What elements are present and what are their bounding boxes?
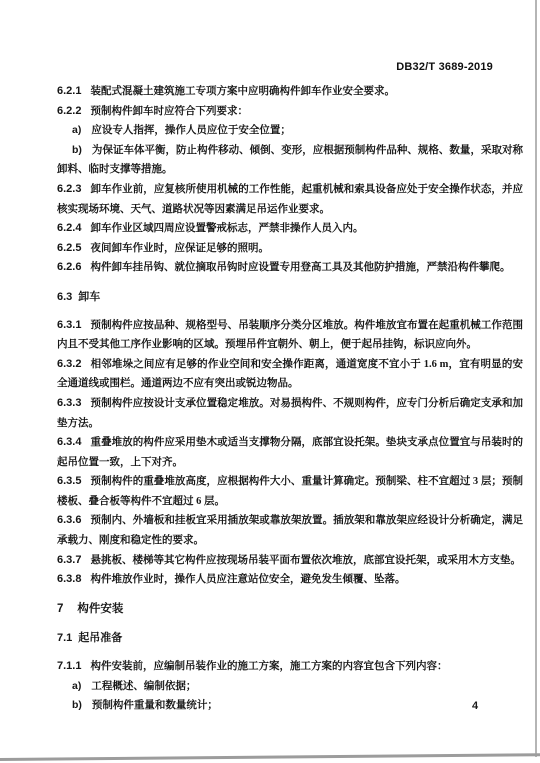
section-number: 6.3 (57, 291, 72, 303)
clause-number: 6.3.2 (57, 358, 81, 370)
list-text: 为保证车体平衡，防止构件移动、倾倒、变形，应根据预制构件品种、规格、数量，采取对… (57, 145, 523, 176)
clause-6-3-7: 6.3.7悬挑板、楼梯等其它构件应按现场吊装平面布置依次堆放，底部宜设托架，或采… (57, 551, 523, 571)
clause-6-3-6: 6.3.6预制内、外墙板和挂板宜采用插放架或靠放架放置。插放架和靠放架应经设计分… (57, 511, 523, 550)
clause-number: 6.2.2 (57, 105, 81, 117)
list-marker: a) (72, 124, 81, 136)
clause-text: 预制内、外墙板和挂板宜采用插放架或靠放架放置。插放架和靠放架应经设计分析确定，满… (57, 515, 523, 546)
clause-text: 相邻堆垛之间应有足够的作业空间和安全操作距离，通道宽度不宜小于 1.6 m，宜有… (57, 359, 523, 390)
page-bottom-edge (0, 753, 540, 760)
clause-text: 卸车作业区域四周应设置警戒标志，严禁非操作人员入内。 (90, 223, 363, 234)
clause-text: 夜间卸车作业时，应保证足够的照明。 (90, 243, 269, 254)
document-page: DB32/T 3689-2019 6.2.1装配式混凝土建筑施工专项方案中应明确… (0, 0, 540, 763)
section-number: 7.1 (57, 632, 72, 644)
chapter-title: 构件安装 (77, 603, 123, 615)
clause-6-3-8: 6.3.8构件堆放作业时，操作人员应注意站位安全，避免发生倾覆、坠落。 (57, 570, 523, 590)
clause-6-3-3: 6.3.3预制构件应按设计支承位置稳定堆放。对易损构件、不规则构件，应专门分析后… (57, 394, 523, 433)
clause-number: 6.3.3 (57, 397, 81, 409)
document-body: 6.2.1装配式混凝土建筑施工专项方案中应明确构件卸车作业安全要求。 6.2.2… (57, 82, 523, 716)
clause-text: 构件卸车挂吊钩、就位摘取吊钩时应设置专用登高工具及其他防护措施，严禁沿构件攀爬。 (90, 262, 510, 273)
page-number: 4 (472, 700, 478, 712)
clause-number: 6.3.4 (57, 436, 81, 448)
clause-text: 预制构件应按品种、规格型号、吊装顺序分类分区堆放。构件堆放宜布置在起重机械工作范… (57, 320, 523, 351)
clause-6-2-6: 6.2.6构件卸车挂吊钩、就位摘取吊钩时应设置专用登高工具及其他防护措施，严禁沿… (57, 258, 523, 278)
section-title: 卸车 (78, 291, 100, 303)
clause-number: 6.2.5 (57, 242, 81, 254)
list-text: 工程概述、编制依据； (91, 681, 196, 692)
list-text: 预制构件重量和数量统计； (92, 700, 218, 711)
list-marker: b) (72, 144, 82, 156)
clause-text: 构件堆放作业时，操作人员应注意站位安全，避免发生倾覆、坠落。 (90, 574, 405, 585)
clause-number: 6.2.1 (57, 85, 81, 97)
clause-6-3-2: 6.3.2相邻堆垛之间应有足够的作业空间和安全操作距离，通道宽度不宜小于 1.6… (57, 355, 523, 394)
clause-text: 装配式混凝土建筑施工专项方案中应明确构件卸车作业安全要求。 (90, 86, 395, 97)
clause-6-3-1: 6.3.1预制构件应按品种、规格型号、吊装顺序分类分区堆放。构件堆放宜布置在起重… (57, 316, 523, 355)
clause-text: 悬挑板、楼梯等其它构件应按现场吊装平面布置依次堆放，底部宜设托架，或采用木方支垫… (90, 555, 521, 566)
clause-number: 6.3.5 (57, 475, 81, 487)
clause-number: 6.2.6 (57, 261, 81, 273)
chapter-heading-7: 7构件安装 (57, 600, 523, 620)
clause-number: 6.2.3 (57, 183, 81, 195)
section-heading-7-1: 7.1起吊准备 (57, 629, 523, 649)
clause-6-2-3: 6.2.3卸车作业前，应复核所使用机械的工作性能，起重机械和索具设备应处于安全操… (57, 180, 523, 219)
clause-number: 6.3.8 (57, 573, 81, 585)
page-header-standard-number: DB32/T 3689-2019 (0, 61, 493, 73)
clause-number: 6.2.4 (57, 222, 81, 234)
list-text: 应设专人指挥，操作人员应位于安全位置； (91, 125, 291, 136)
list-item-7-1-1-a: a)工程概述、编制依据； (57, 677, 523, 697)
page-right-edge (535, 0, 537, 757)
clause-text: 预制构件的重叠堆放高度，应根据构件大小、重量计算确定。预制梁、柱不宜超过 3 层… (57, 476, 523, 507)
clause-number: 6.3.6 (57, 514, 81, 526)
list-marker: a) (72, 680, 81, 692)
clause-6-2-5: 6.2.5夜间卸车作业时，应保证足够的照明。 (57, 239, 523, 259)
clause-text: 卸车作业前，应复核所使用机械的工作性能，起重机械和索具设备应处于安全操作状态，并… (57, 184, 523, 215)
clause-6-3-5: 6.3.5预制构件的重叠堆放高度，应根据构件大小、重量计算确定。预制梁、柱不宜超… (57, 472, 523, 511)
clause-6-2-1: 6.2.1装配式混凝土建筑施工专项方案中应明确构件卸车作业安全要求。 (57, 82, 523, 102)
section-title: 起吊准备 (78, 632, 122, 644)
clause-number: 6.3.7 (57, 554, 81, 566)
list-item-6-2-2-a: a)应设专人指挥，操作人员应位于安全位置； (57, 121, 523, 141)
clause-6-2-2: 6.2.2预制构件卸车时应符合下列要求： (57, 102, 523, 122)
clause-text: 重叠堆放的构件应采用垫木或适当支撑物分隔，底部宜设托架。垫块支承点位置宜与吊装时… (57, 437, 523, 468)
clause-6-3-4: 6.3.4重叠堆放的构件应采用垫木或适当支撑物分隔，底部宜设托架。垫块支承点位置… (57, 433, 523, 472)
list-marker: b) (72, 699, 82, 711)
clause-number: 6.3.1 (57, 319, 81, 331)
clause-text: 预制构件应按设计支承位置稳定堆放。对易损构件、不规则构件，应专门分析后确定支承和… (57, 398, 523, 429)
clause-6-2-4: 6.2.4卸车作业区域四周应设置警戒标志，严禁非操作人员入内。 (57, 219, 523, 239)
section-heading-6-3: 6.3卸车 (57, 288, 523, 308)
list-item-7-1-1-b: b)预制构件重量和数量统计； (57, 696, 523, 716)
clause-7-1-1: 7.1.1构件安装前，应编制吊装作业的施工方案，施工方案的内容宜包含下列内容： (57, 657, 523, 677)
chapter-number: 7 (57, 603, 63, 615)
list-item-6-2-2-b: b)为保证车体平衡，防止构件移动、倾倒、变形，应根据预制构件品种、规格、数量，采… (57, 141, 523, 180)
clause-text: 构件安装前，应编制吊装作业的施工方案，施工方案的内容宜包含下列内容： (90, 661, 447, 672)
clause-text: 预制构件卸车时应符合下列要求： (90, 106, 248, 117)
clause-number: 7.1.1 (57, 660, 81, 672)
